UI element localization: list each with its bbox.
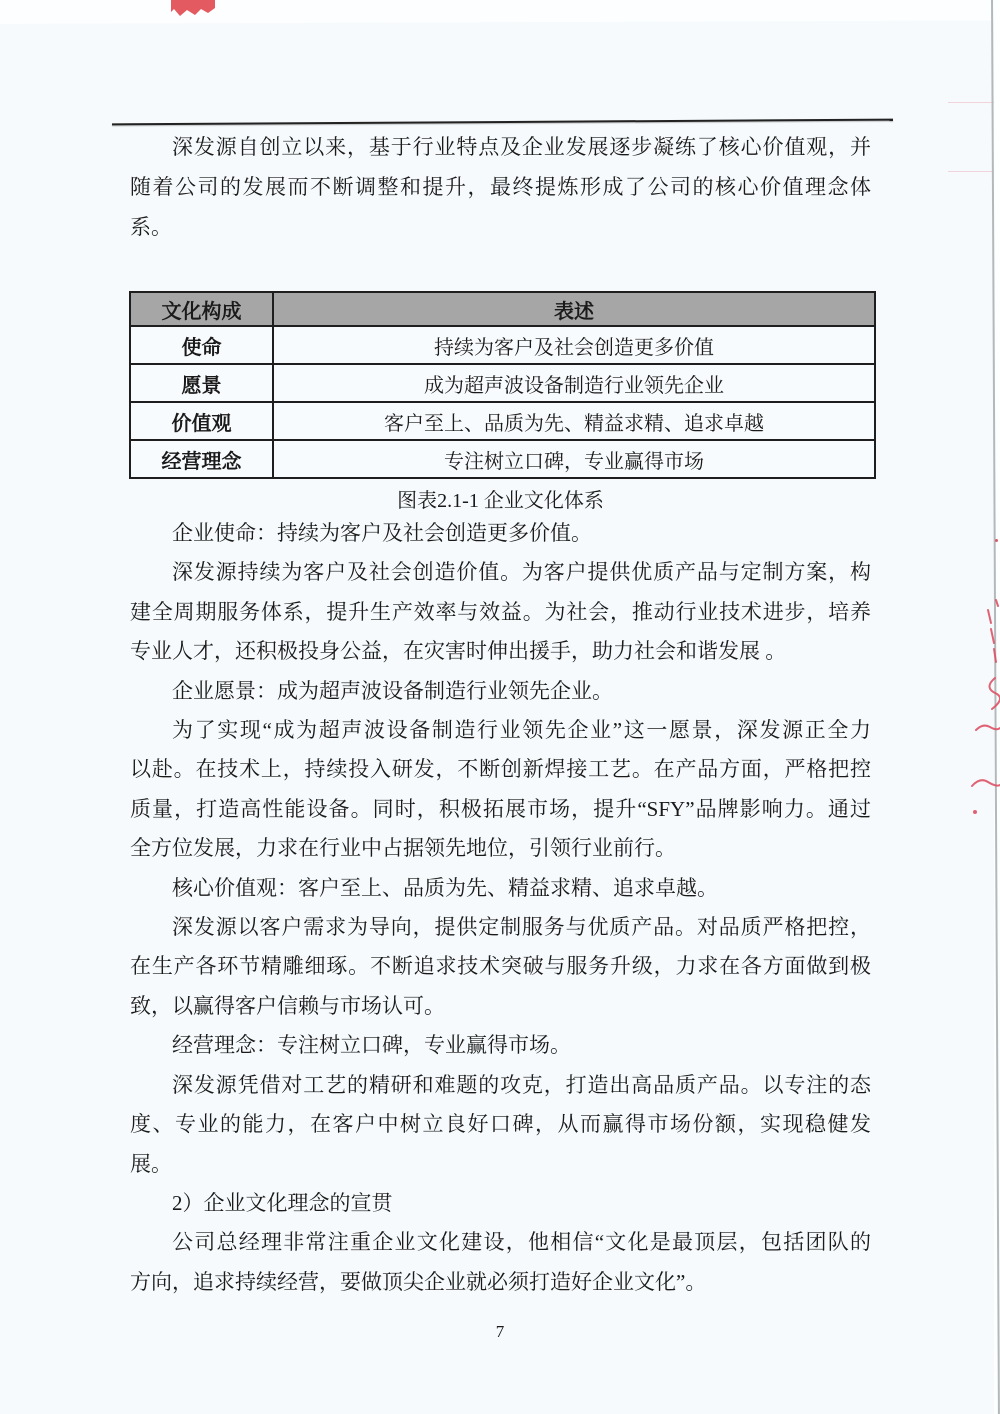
header-rule [112,119,893,126]
page-number: 7 [0,1322,1000,1342]
text-line: 以赴。在技术上，持续投入研发，不断创新焊接工艺。在产品方面，严格把控 [130,750,871,789]
text-line: 2）企业文化理念的宣贯 [130,1184,871,1223]
text-line: 深发源以客户需求为导向，提供定制服务与优质产品。对品质严格把控， [130,908,871,947]
table-header-cell: 文化构成 [130,292,273,326]
text-line: 深发源凭借对工艺的精研和难题的攻克，打造出高品质产品。以专注的态 [130,1066,871,1105]
text-line: 企业使命：持续为客户及社会创造更多价值。 [130,514,871,553]
table-cell-key: 经营理念 [130,440,273,478]
table-header-cell: 表述 [273,292,875,326]
text-line: 随着公司的发展而不断调整和提升，最终提炼形成了公司的核心价值理念体 [130,167,871,207]
red-dot-artifact [995,539,998,542]
culture-table: 文化构成 表述 使命 持续为客户及社会创造更多价值 愿景 成为超声波设备制造行业… [129,291,876,479]
table-cell-key: 价值观 [130,402,273,440]
table-row: 价值观 客户至上、品质为先、精益求精、追求卓越 [130,402,875,440]
table-row: 愿景 成为超声波设备制造行业领先企业 [130,364,875,402]
text-line: 深发源持续为客户及社会创造价值。为客户提供优质产品与定制方案，构 [130,553,871,592]
text-line: 深发源自创立以来，基于行业特点及企业发展逐步凝练了核心价值观，并 [130,127,871,167]
body-paragraphs: 企业使命：持续为客户及社会创造更多价值。 深发源持续为客户及社会创造价值。为客户… [130,514,871,1302]
table-header-row: 文化构成 表述 [130,292,875,326]
table-cell-value: 专注树立口碑，专业赢得市场 [273,440,875,478]
text-line: 公司总经理非常注重企业文化建设，他相信“文化是最顶层，包括团队的 [130,1223,871,1262]
table-cell-key: 愿景 [130,364,273,402]
scanned-document-page: 深发源自创立以来，基于行业特点及企业发展逐步凝练了核心价值观，并 随着公司的发展… [0,0,1000,1414]
text-line: 建全周期服务体系，提升生产效率与效益。为社会，推动行业技术进步，培养 [130,593,871,632]
text-line: 为了实现“成为超声波设备制造行业领先企业”这一愿景，深发源正全力 [130,711,871,750]
text-line: 度、专业的能力，在客户中树立良好口碑，从而赢得市场份额，实现稳健发 [130,1105,871,1144]
text-line: 质量，打造高性能设备。同时，积极拓展市场，提升“SFY”品牌影响力。通过 [130,790,871,829]
red-stamp-fragment-icon [171,0,215,17]
text-line: 企业愿景：成为超声波设备制造行业领先企业。 [130,672,871,711]
table-cell-value: 持续为客户及社会创造更多价值 [273,326,875,364]
scan-hairline [948,171,998,172]
scan-top-strip [0,0,1000,24]
red-pen-marks-icon [962,598,1000,823]
text-line: 展。 [130,1145,871,1184]
text-line: 全方位发展，力求在行业中占据领先地位，引领行业前行。 [130,829,871,868]
table-caption: 图表2.1-1 企业文化体系 [130,484,871,513]
text-line: 系。 [130,207,871,247]
text-line: 专业人才，还积极投身公益，在灾害时伸出援手，助力社会和谐发展 。 [130,632,871,671]
table-cell-value: 客户至上、品质为先、精益求精、追求卓越 [273,402,875,440]
intro-paragraph: 深发源自创立以来，基于行业特点及企业发展逐步凝练了核心价值观，并 随着公司的发展… [130,127,871,247]
text-line: 致，以赢得客户信赖与市场认可。 [130,987,871,1026]
table-row: 经营理念 专注树立口碑，专业赢得市场 [130,440,875,478]
table-cell-value: 成为超声波设备制造行业领先企业 [273,364,875,402]
text-line: 在生产各环节精雕细琢。不断追求技术突破与服务升级，力求在各方面做到极 [130,947,871,986]
text-line: 方向，追求持续经营，要做顶尖企业就必须打造好企业文化”。 [130,1263,871,1302]
text-line: 经营理念：专注树立口碑，专业赢得市场。 [130,1026,871,1065]
scan-hairline [948,102,998,103]
text-line: 核心价值观：客户至上、品质为先、精益求精、追求卓越。 [130,869,871,908]
table-row: 使命 持续为客户及社会创造更多价值 [130,326,875,364]
table-cell-key: 使命 [130,326,273,364]
